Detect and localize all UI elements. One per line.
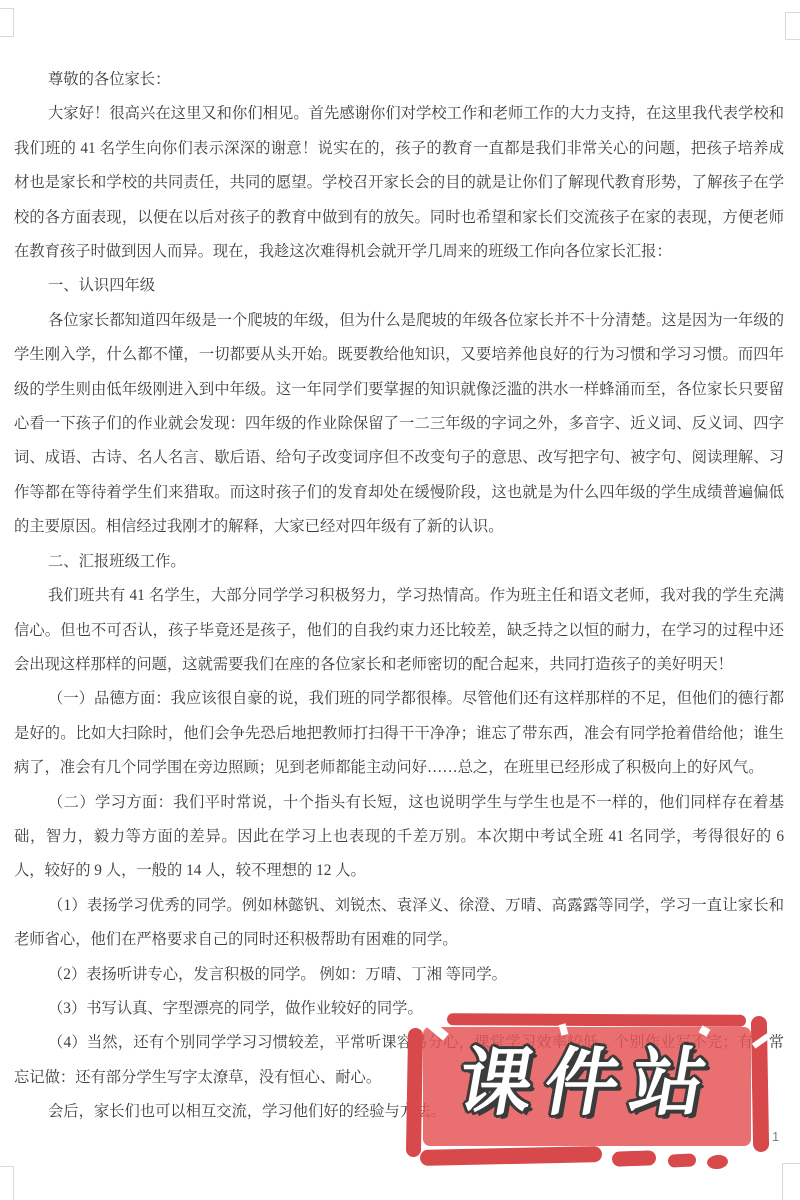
document-page: { "page": { "number": "1", "background_c… bbox=[0, 0, 800, 1200]
paragraph: 会后，家长们也可以相互交流，学习他们好的经验与方法。 bbox=[14, 1095, 784, 1129]
stamp-border-bottom-segment bbox=[420, 1146, 602, 1166]
document-body: 尊敬的各位家长：大家好！很高兴在这里又和你们相见。首先感谢你们对学校工作和老师工… bbox=[14, 63, 784, 1130]
paragraph: （4）当然，还有个别同学学习习惯较差，平常听课容易分心，课堂学习效率较低。个别作… bbox=[14, 1026, 784, 1095]
page-corner-mark bbox=[0, 1166, 14, 1200]
paragraph: （二）学习方面：我们平时常说，十个指头有长短，这也说明学生与学生也是不一样的，他… bbox=[14, 786, 784, 889]
paragraph: （2）表扬听讲专心，发言积极的同学。 例如：万晴、丁湘 等同学。 bbox=[14, 958, 784, 992]
page-corner-mark bbox=[0, 8, 14, 37]
paragraph: 大家好！很高兴在这里又和你们相见。首先感谢你们对学校工作和老师工作的大力支持，在… bbox=[14, 97, 784, 269]
paragraph: 一、认识四年级 bbox=[14, 269, 784, 303]
stamp-border-bottom-segment bbox=[668, 1153, 697, 1167]
stamp-border-bottom-segment bbox=[706, 1154, 728, 1170]
page-corner-mark bbox=[785, 12, 800, 40]
page-number: 1 bbox=[772, 1129, 779, 1144]
paragraph: 尊敬的各位家长： bbox=[14, 63, 784, 97]
paragraph: 我们班共有 41 名学生，大部分同学学习积极努力，学习热情高。作为班主任和语文老… bbox=[14, 579, 784, 682]
paragraph: （3）书写认真、字型漂亮的同学，做作业较好的同学。 bbox=[14, 992, 784, 1026]
page-corner-mark bbox=[782, 1163, 800, 1200]
paragraph: 二、汇报班级工作。 bbox=[14, 545, 784, 579]
stamp-border-bottom-segment bbox=[612, 1150, 656, 1167]
paragraph: （1）表扬学习优秀的同学。例如林懿钒、刘锐杰、袁泽义、徐澄、万晴、高露露等同学，… bbox=[14, 889, 784, 958]
paragraph: 各位家长都知道四年级是一个爬坡的年级，但为什么是爬坡的年级各位家长并不十分清楚。… bbox=[14, 304, 784, 545]
paragraph: （一）品德方面：我应该很自豪的说，我们班的同学都很棒。尽管他们还有这样那样的不足… bbox=[14, 682, 784, 785]
